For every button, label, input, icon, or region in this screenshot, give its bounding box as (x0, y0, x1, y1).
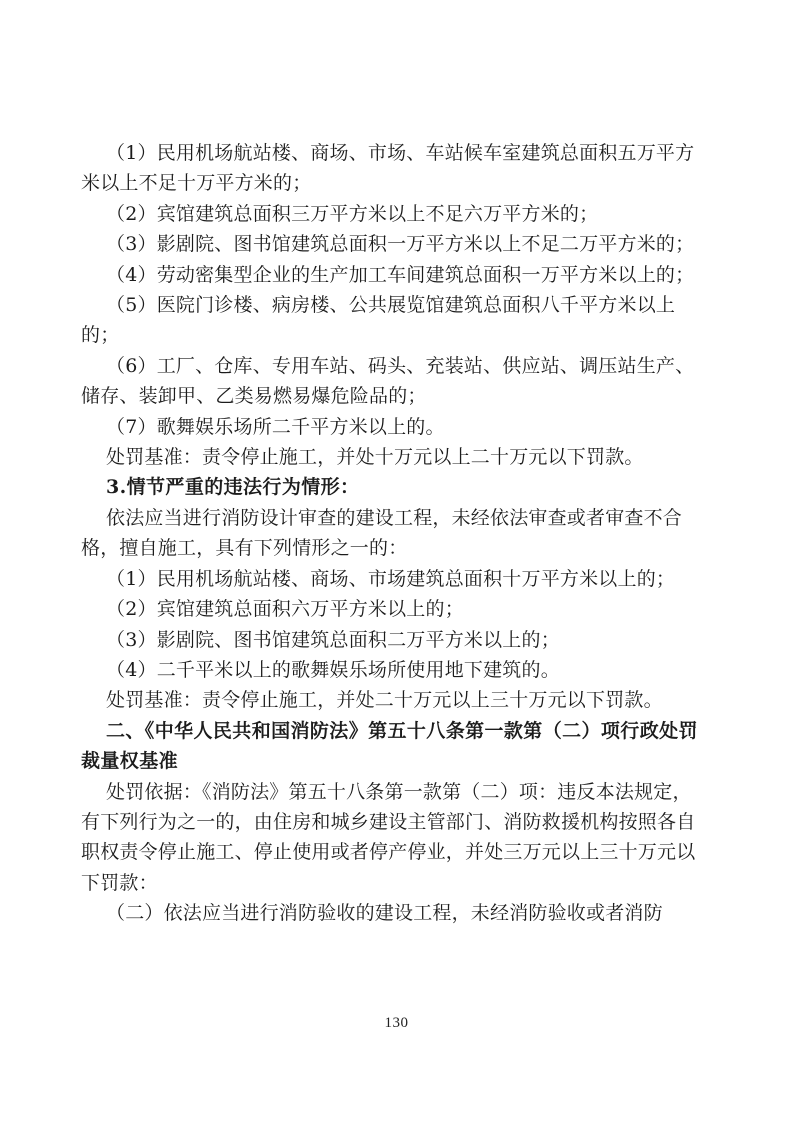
body-paragraph: （2）宾馆建筑总面积三万平方米以上不足六万平方米的； (81, 199, 703, 229)
body-paragraph: （1）民用机场航站楼、商场、市场建筑总面积十万平方米以上的； (81, 564, 703, 594)
body-paragraph: 处罚依据：《消防法》第五十八条第一款第（二）项：违反本法规定，有下列行为之一的，… (81, 777, 703, 899)
body-paragraph: 依法应当进行消防设计审查的建设工程，未经依法审查或者审查不合格，擅自施工，具有下… (81, 503, 703, 564)
body-paragraph: （4）劳动密集型企业的生产加工车间建筑总面积一万平方米以上的； (81, 260, 703, 290)
body-paragraph: 处罚基准：责令停止施工，并处十万元以上二十万元以下罚款。 (81, 442, 703, 472)
body-paragraph: （3）影剧院、图书馆建筑总面积二万平方米以上的； (81, 625, 703, 655)
heading-paragraph: 3.情节严重的违法行为情形： (81, 472, 703, 502)
page-footer: 130 (0, 1012, 793, 1032)
body-paragraph: （1）民用机场航站楼、商场、市场、车站候车室建筑总面积五万平方米以上不足十万平方… (81, 138, 703, 199)
body-paragraph: 处罚基准：责令停止施工，并处二十万元以上三十万元以下罚款。 (81, 685, 703, 715)
body-paragraph: （2）宾馆建筑总面积六万平方米以上的； (81, 594, 703, 624)
body-paragraph: （5）医院门诊楼、病房楼、公共展览馆建筑总面积八千平方米以上的； (81, 290, 703, 351)
body-paragraph: （3）影剧院、图书馆建筑总面积一万平方米以上不足二万平方米的； (81, 229, 703, 259)
heading-paragraph: 二、《中华人民共和国消防法》第五十八条第一款第（二）项行政处罚裁量权基准 (81, 716, 703, 777)
document-page: （1）民用机场航站楼、商场、市场、车站候车室建筑总面积五万平方米以上不足十万平方… (0, 0, 793, 1122)
body-paragraph: （二）依法应当进行消防验收的建设工程，未经消防验收或者消防 (81, 898, 703, 928)
body-paragraph: （4）二千平米以上的歌舞娱乐场所使用地下建筑的。 (81, 655, 703, 685)
page-number: 130 (385, 1015, 409, 1031)
body-paragraph: （7）歌舞娱乐场所二千平方米以上的。 (81, 412, 703, 442)
body-paragraph: （6）工厂、仓库、专用车站、码头、充装站、供应站、调压站生产、储存、装卸甲、乙类… (81, 351, 703, 412)
document-body: （1）民用机场航站楼、商场、市场、车站候车室建筑总面积五万平方米以上不足十万平方… (81, 138, 703, 929)
